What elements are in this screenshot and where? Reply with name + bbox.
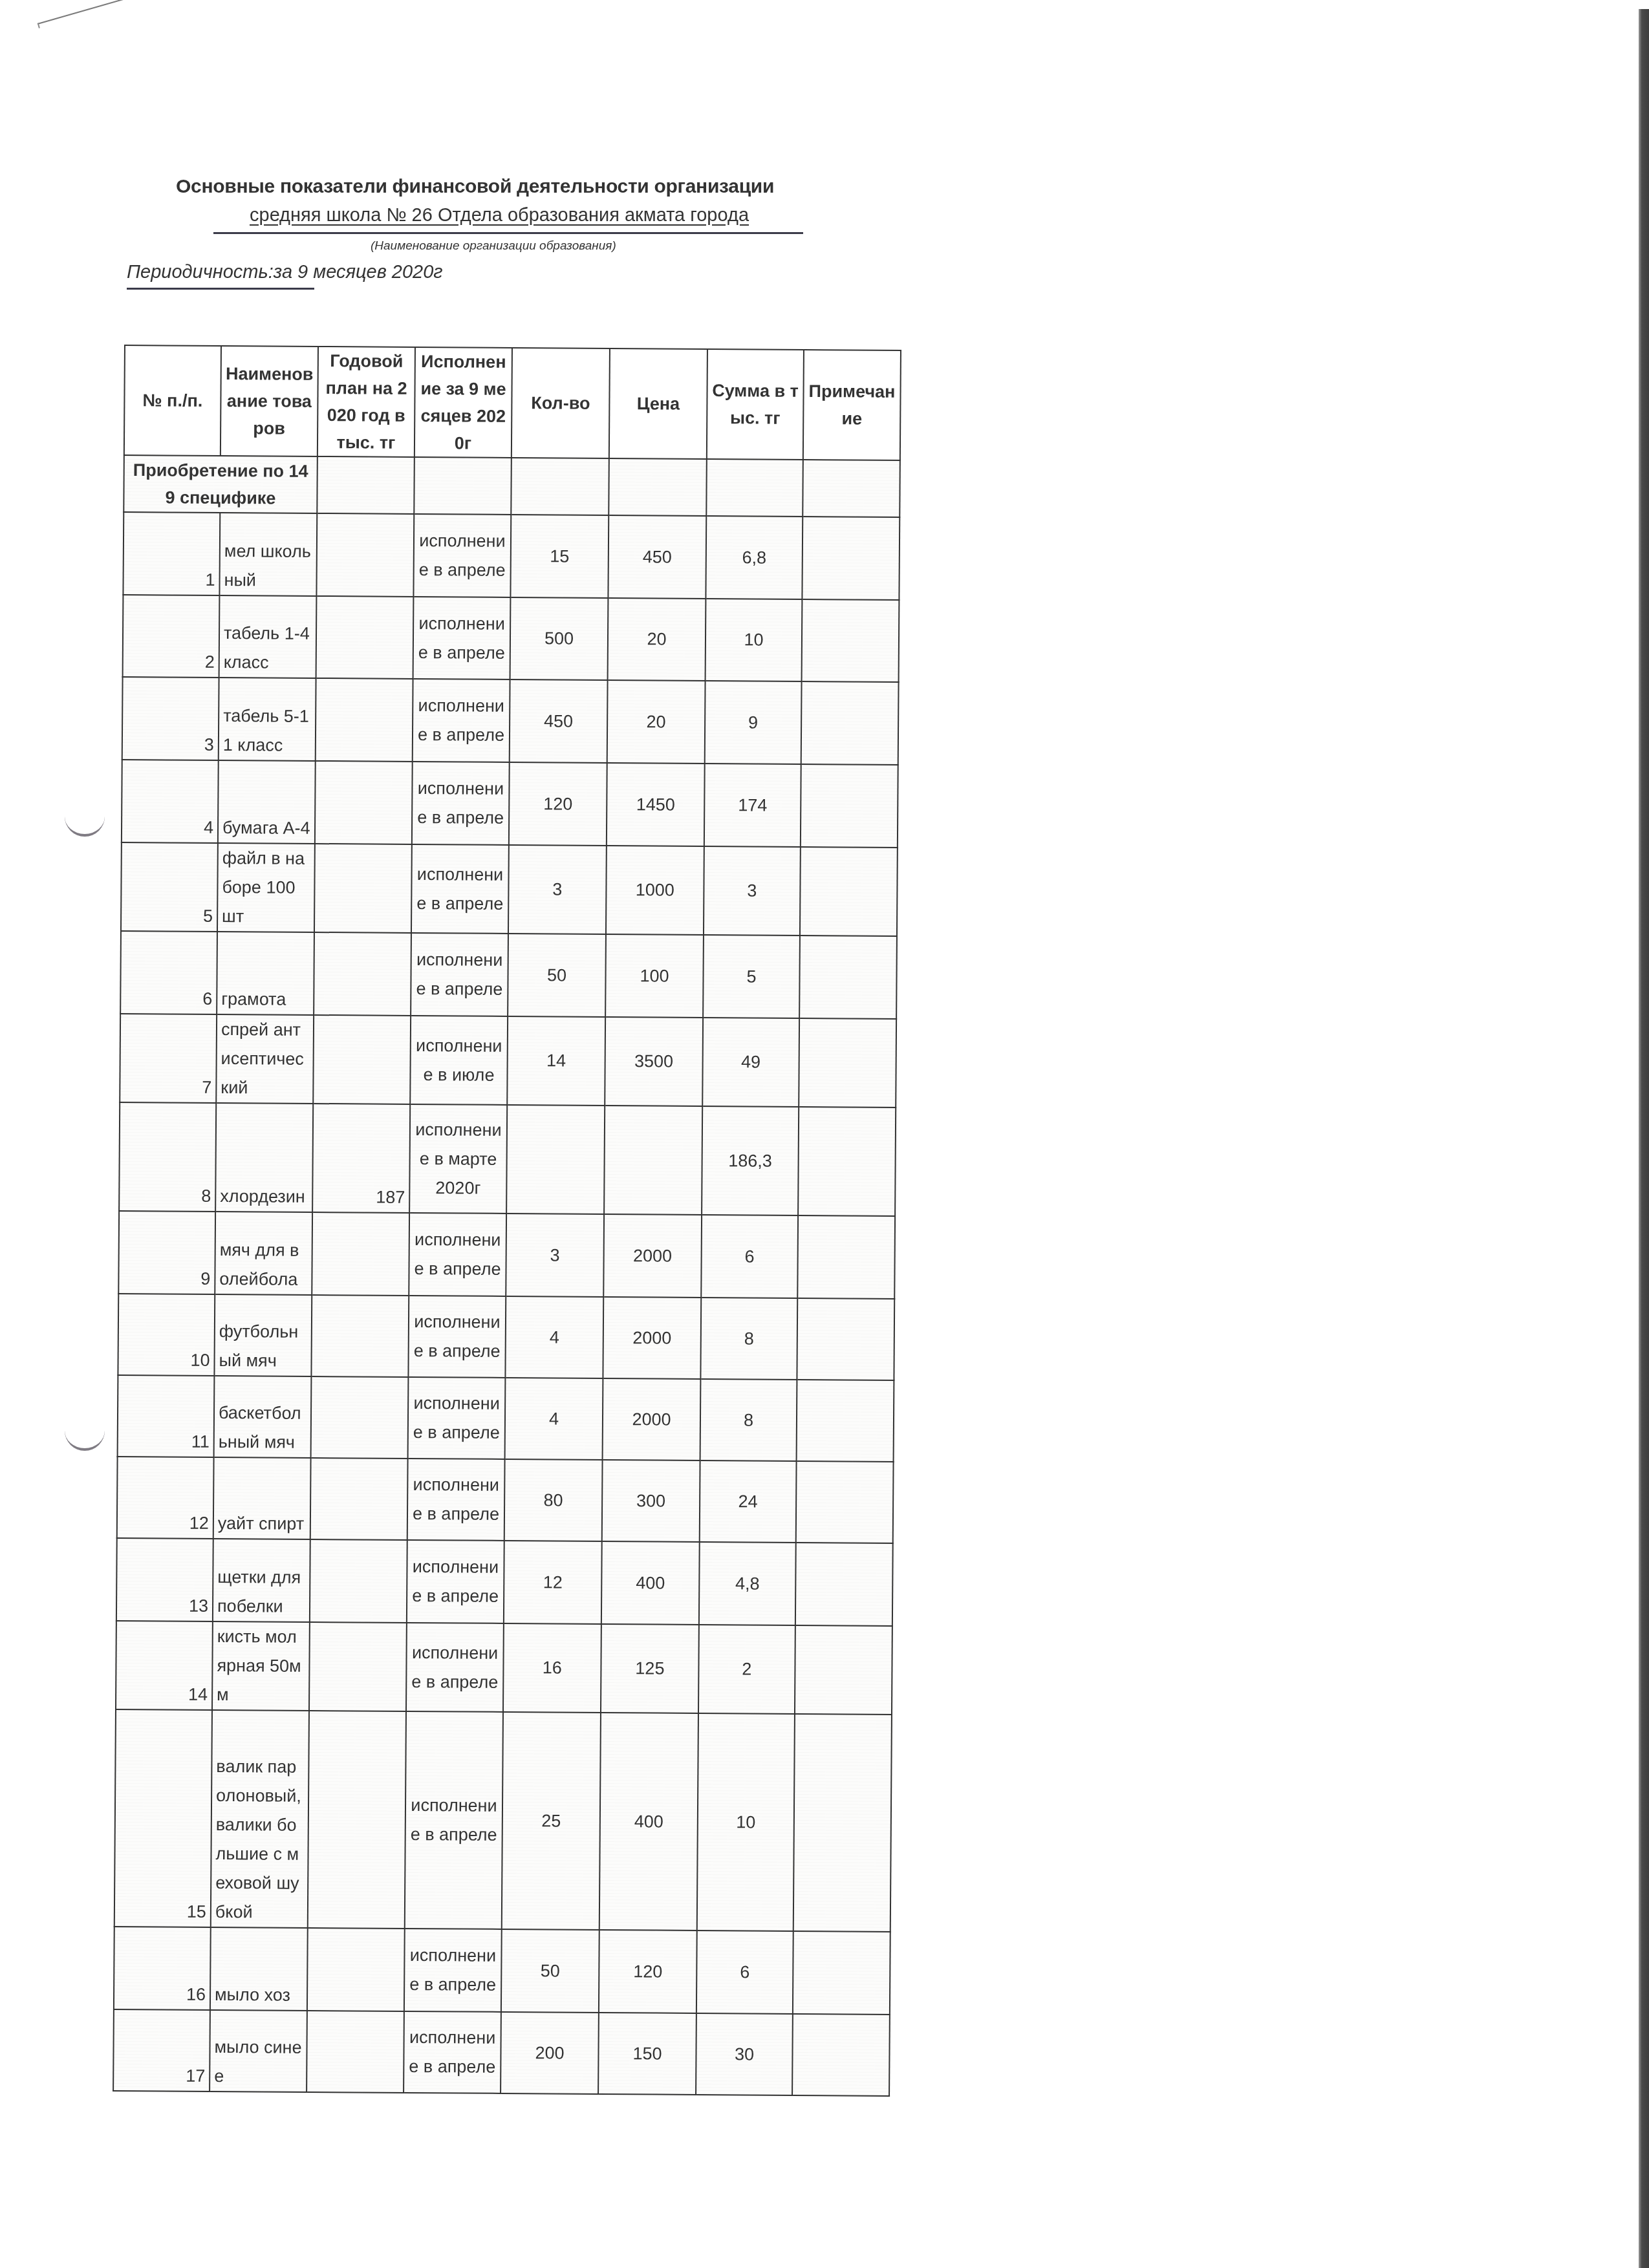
table-row: 16мыло хозисполнение в апреле501206 — [114, 1927, 890, 2015]
row-number-cell: 6 — [120, 931, 217, 1014]
header-price: Цена — [609, 348, 707, 459]
section-row: Приобретение по 149 специфике — [124, 455, 900, 517]
annual-plan-cell — [311, 1376, 409, 1459]
sum-cell: 24 — [700, 1460, 797, 1543]
note-cell — [797, 1380, 894, 1462]
row-number-cell: 13 — [116, 1538, 213, 1621]
execution-status-cell: исполнение в апреле — [408, 1377, 506, 1459]
header-name: Наименование товаров — [221, 346, 318, 456]
row-number-cell: 2 — [123, 595, 220, 678]
empty-cell — [803, 460, 900, 517]
financial-table-container: № п./п. Наименование товаров Годовой пла… — [113, 345, 901, 2097]
sum-cell: 10 — [706, 599, 803, 681]
header-sum: Сумма в тыс. тг — [707, 349, 804, 460]
punch-hole-mark — [65, 1430, 105, 1451]
price-cell: 400 — [601, 1541, 700, 1625]
item-name-cell: бумага А-4 — [218, 760, 316, 844]
table-row: 12уайт спиртисполнение в апреле8030024 — [117, 1457, 894, 1543]
execution-status-cell: исполнение в апреле — [407, 1540, 504, 1623]
quantity-cell: 14 — [507, 1016, 605, 1106]
table-row: 1мел школьныйисполнение в апреле154506,8 — [123, 512, 900, 600]
price-cell: 120 — [599, 1930, 697, 2013]
execution-status-cell: исполнение в апреле — [412, 762, 510, 845]
table-row: 2табель 1-4 классисполнение в апреле5002… — [123, 595, 900, 682]
item-name-cell: валик паролоновый, валики большие с мехо… — [211, 1710, 309, 1928]
annual-plan-cell — [311, 1295, 409, 1377]
execution-status-cell: исполнение в апреле — [406, 1623, 504, 1712]
execution-status-cell: исполнение в апреле — [413, 679, 510, 762]
empty-cell — [317, 456, 415, 514]
annual-plan-cell — [309, 1622, 407, 1711]
price-cell: 3500 — [605, 1017, 703, 1106]
item-name-cell: уайт спирт — [213, 1457, 311, 1539]
sum-cell: 6 — [696, 1931, 793, 2014]
note-cell — [801, 681, 899, 765]
execution-status-cell: исполнение в апреле — [407, 1459, 505, 1541]
periodicity: Периодичность:за 9 месяцев 2020г — [127, 262, 443, 283]
row-number-cell: 9 — [118, 1211, 215, 1294]
note-cell — [797, 1215, 895, 1299]
item-name-cell: табель 1-4 класс — [219, 595, 317, 678]
quantity-cell: 4 — [505, 1296, 603, 1378]
quantity-cell: 50 — [501, 1929, 599, 2013]
pen-mark — [38, 0, 125, 25]
annual-plan-cell — [313, 1015, 411, 1104]
note-cell — [802, 517, 900, 600]
sum-cell: 30 — [696, 2013, 793, 2095]
header-note: Примечание — [803, 350, 901, 460]
item-name-cell: грамота — [217, 932, 314, 1015]
organization-caption: (Наименование организации образования) — [371, 239, 616, 253]
price-cell: 2000 — [603, 1297, 701, 1379]
quantity-cell: 3 — [508, 845, 607, 934]
execution-status-cell: исполнение в апреле — [404, 2011, 501, 2093]
annual-plan-cell — [315, 761, 413, 844]
table-row: 4бумага А-4исполнение в апреле1201450174 — [122, 760, 898, 848]
quantity-cell: 500 — [510, 597, 609, 680]
header-qty: Кол-во — [512, 348, 610, 458]
empty-cell — [414, 457, 512, 515]
table-row: 6грамотаисполнение в апреле501005 — [120, 931, 897, 1019]
note-cell — [793, 1714, 892, 1932]
item-name-cell: хлордезин — [215, 1103, 313, 1212]
quantity-cell: 16 — [503, 1623, 601, 1713]
item-name-cell: футбольный мяч — [214, 1294, 312, 1376]
row-number-cell: 10 — [118, 1294, 215, 1376]
execution-status-cell: исполнение в апреле — [405, 1711, 503, 1929]
sum-cell: 174 — [704, 764, 801, 847]
header-plan: Годовой план на 2020 год в тыс. тг — [318, 347, 415, 457]
annual-plan-cell — [307, 1928, 405, 2011]
table-row: 11баскетбольный мячисполнение в апреле42… — [118, 1375, 894, 1462]
note-cell — [801, 764, 898, 848]
row-number-cell: 1 — [123, 512, 220, 595]
price-cell: 1450 — [607, 763, 705, 846]
table-header-row: № п./п. Наименование товаров Годовой пла… — [124, 345, 901, 460]
quantity-cell: 3 — [506, 1214, 604, 1297]
price-cell: 2000 — [603, 1378, 701, 1460]
quantity-cell: 120 — [509, 762, 607, 846]
sum-cell: 4,8 — [699, 1542, 796, 1625]
annual-plan-cell — [314, 844, 412, 933]
item-name-cell: баскетбольный мяч — [214, 1376, 312, 1458]
note-cell — [795, 1543, 893, 1626]
note-cell — [797, 1298, 894, 1380]
row-number-cell: 11 — [118, 1375, 215, 1457]
price-cell: 400 — [599, 1713, 698, 1931]
note-cell — [792, 2014, 890, 2096]
price-cell: 20 — [608, 598, 706, 681]
price-cell: 150 — [598, 2013, 696, 2095]
row-number-cell: 16 — [114, 1927, 211, 2010]
execution-status-cell: исполнение в апреле — [404, 1929, 502, 2012]
note-cell — [799, 1018, 896, 1107]
sum-cell: 9 — [705, 681, 802, 764]
item-name-cell: табель 5-11 класс — [219, 678, 316, 761]
sum-cell: 6 — [701, 1215, 798, 1298]
execution-status-cell: исполнение в марте 2020г — [409, 1104, 507, 1214]
item-name-cell: файл в наборе 100 шт — [217, 843, 315, 932]
row-number-cell: 7 — [120, 1014, 217, 1103]
table-row: 17мыло синееисполнение в апреле20015030 — [113, 2009, 890, 2096]
annual-plan-cell — [316, 596, 414, 679]
sum-cell: 8 — [700, 1298, 797, 1380]
quantity-cell: 80 — [504, 1459, 603, 1541]
table-body: Приобретение по 149 специфике 1мел школь… — [113, 455, 900, 2096]
annual-plan-cell — [307, 2011, 404, 2093]
punch-hole-mark — [65, 816, 105, 837]
note-cell — [793, 1931, 890, 2015]
periodicity-underline — [127, 288, 314, 290]
organization-line: средняя школа № 26 Отдела образования ак… — [213, 204, 803, 234]
annual-plan-cell — [310, 1458, 408, 1540]
price-cell: 125 — [601, 1624, 699, 1713]
execution-status-cell: исполнение в апреле — [408, 1296, 506, 1378]
annual-plan-cell — [316, 678, 413, 762]
quantity-cell: 200 — [501, 2012, 599, 2094]
scan-edge-shadow — [1639, 9, 1649, 2268]
table-row: 10футбольный мячисполнение в апреле42000… — [118, 1294, 894, 1380]
quantity-cell — [506, 1105, 605, 1214]
quantity-cell: 4 — [505, 1378, 603, 1460]
sum-cell: 8 — [700, 1379, 797, 1461]
row-number-cell: 14 — [116, 1621, 213, 1710]
execution-status-cell: исполнение в июле — [410, 1016, 508, 1105]
annual-plan-cell — [310, 1539, 407, 1623]
item-name-cell: кисть молярная 50мм — [212, 1621, 310, 1711]
note-cell — [798, 1107, 896, 1216]
row-number-cell: 8 — [119, 1102, 216, 1212]
price-cell — [604, 1106, 702, 1215]
quantity-cell: 15 — [510, 515, 609, 598]
note-cell — [799, 936, 897, 1019]
item-name-cell: мяч для волейбола — [215, 1212, 312, 1295]
execution-status-cell: исполнение в апреле — [411, 933, 508, 1016]
sum-cell: 5 — [703, 935, 800, 1018]
table-row: 7спрей антисептическийисполнение в июле1… — [120, 1014, 896, 1107]
item-name-cell: мыло синее — [210, 2010, 307, 2092]
sum-cell: 2 — [698, 1625, 795, 1714]
price-cell: 300 — [602, 1460, 700, 1542]
row-number-cell: 17 — [113, 2009, 210, 2091]
annual-plan-cell — [314, 932, 411, 1016]
sum-cell: 6,8 — [706, 516, 803, 599]
empty-cell — [609, 458, 707, 516]
execution-status-cell: исполнение в апреле — [409, 1213, 506, 1296]
table-row: 3табель 5-11 классисполнение в апреле450… — [122, 677, 899, 765]
price-cell: 2000 — [603, 1214, 702, 1298]
document-title: Основные показатели финансовой деятельно… — [176, 176, 774, 198]
execution-status-cell: исполнение в апреле — [413, 514, 511, 597]
row-number-cell: 5 — [121, 842, 218, 932]
quantity-cell: 50 — [508, 934, 606, 1017]
row-number-cell: 3 — [122, 677, 219, 760]
note-cell — [802, 599, 900, 682]
price-cell: 20 — [607, 680, 706, 764]
annual-plan-cell — [312, 1212, 409, 1296]
sum-cell: 10 — [697, 1713, 795, 1931]
annual-plan-cell — [308, 1711, 406, 1929]
note-cell — [796, 1461, 894, 1543]
empty-cell — [706, 459, 803, 517]
row-number-cell: 12 — [117, 1457, 214, 1539]
organization-name: средняя школа № 26 Отдела образования ак… — [250, 205, 749, 226]
price-cell: 1000 — [606, 846, 704, 935]
sum-cell: 3 — [704, 846, 801, 936]
table-row: 5файл в наборе 100 штисполнение в апреле… — [121, 842, 898, 936]
execution-status-cell: исполнение в апреле — [411, 844, 509, 934]
price-cell: 100 — [605, 934, 704, 1018]
item-name-cell: щетки для побелки — [213, 1539, 310, 1622]
financial-table: № п./п. Наименование товаров Годовой пла… — [113, 345, 901, 2097]
table-row: 13щетки для побелкиисполнение в апреле12… — [116, 1538, 893, 1626]
item-name-cell: мел школьный — [219, 513, 317, 596]
item-name-cell: мыло хоз — [210, 1927, 308, 2011]
sum-cell: 49 — [702, 1018, 799, 1107]
note-cell — [800, 847, 898, 936]
table-row: 15валик паролоновый, валики большие с ме… — [114, 1709, 892, 1932]
annual-plan-cell — [316, 513, 414, 597]
annual-plan-cell: 187 — [312, 1104, 410, 1213]
note-cell — [795, 1625, 892, 1715]
header-num: № п./п. — [124, 345, 221, 456]
item-name-cell: спрей антисептический — [216, 1014, 314, 1104]
row-number-cell: 4 — [122, 760, 219, 843]
execution-status-cell: исполнение в апреле — [413, 597, 511, 679]
section-label: Приобретение по 149 специфике — [124, 455, 318, 513]
header-execution: Исполнение за 9 месяцев 2020г — [415, 347, 512, 458]
table-row: 8хлордезин187исполнение в марте 2020г186… — [119, 1102, 896, 1216]
row-number-cell: 15 — [114, 1709, 212, 1927]
price-cell: 450 — [608, 515, 706, 599]
quantity-cell: 25 — [502, 1712, 601, 1930]
table-row: 14кисть молярная 50ммисполнение в апреле… — [116, 1621, 892, 1715]
quantity-cell: 12 — [504, 1541, 602, 1624]
empty-cell — [511, 458, 609, 515]
quantity-cell: 450 — [510, 679, 608, 763]
table-row: 9мяч для волейболаисполнение в апреле320… — [118, 1211, 895, 1299]
sum-cell: 186,3 — [702, 1106, 799, 1215]
